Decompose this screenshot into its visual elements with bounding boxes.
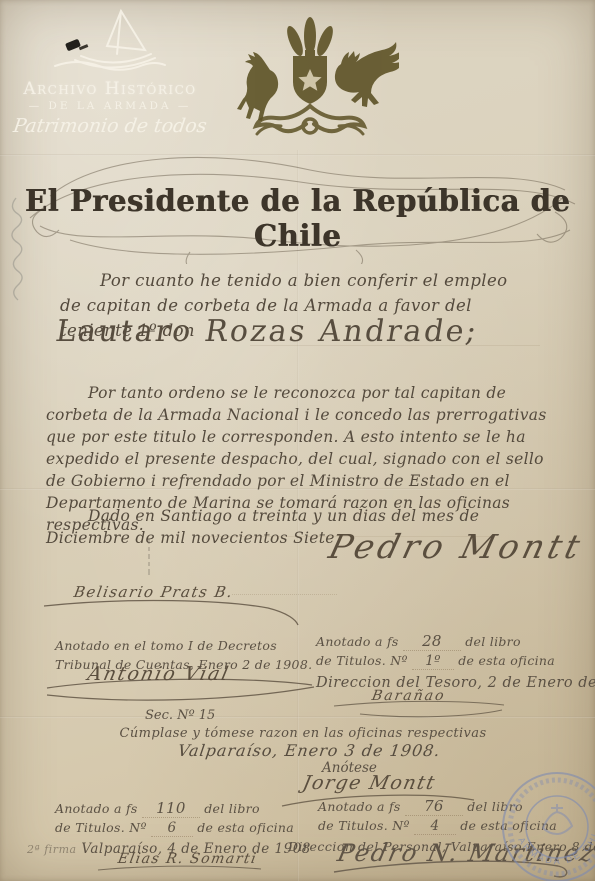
document-heading: El Presidente de la República de Chile bbox=[0, 156, 595, 264]
fs-tail: del libro bbox=[465, 634, 521, 649]
tesoro-line-2: de Titulos. Nº 1º de esta oficina bbox=[316, 651, 584, 670]
fs-tail: del libro bbox=[204, 801, 260, 816]
coat-of-arms-icon bbox=[221, 14, 399, 146]
fs-value: 110 bbox=[142, 800, 200, 818]
printer-mark bbox=[146, 537, 152, 579]
tesoro-office-line: Direccion del Tesoro, 2 de Enero de 1908… bbox=[316, 672, 584, 694]
titulos-value: 4 bbox=[414, 819, 456, 835]
fs-value: 76 bbox=[405, 798, 463, 816]
titulos-tail: de esta oficina bbox=[458, 653, 555, 668]
ruled-blank-line bbox=[250, 345, 540, 346]
fs-label: Anotado a fs bbox=[55, 801, 138, 816]
minister-signature-flourish bbox=[40, 598, 305, 628]
office-prefix: 2ª firma bbox=[27, 843, 77, 856]
margin-pencil-note bbox=[2, 192, 28, 304]
president-signature: Pedro Montt bbox=[325, 527, 588, 566]
titulos-value: 1º bbox=[412, 654, 454, 670]
titulos6-line-2: de Titulos. Nº 6 de esta oficina bbox=[55, 818, 315, 837]
archive-subname: — DE LA ARMADA — bbox=[4, 100, 216, 112]
cumplase-order: Cúmplase y tómese razon en las oficinas … bbox=[108, 726, 498, 741]
cumplase-place-date: Valparaíso, Enero 3 de 1908. bbox=[177, 741, 442, 760]
titulos-label: de Titulos. Nº bbox=[55, 820, 147, 835]
fs-label: Anotado a fs bbox=[316, 634, 399, 649]
fs-value: 28 bbox=[403, 633, 461, 651]
titulos-label: de Titulos. Nº bbox=[316, 653, 408, 668]
ruled-blank-line bbox=[232, 594, 337, 595]
tribunal-signature-flourish bbox=[44, 676, 319, 706]
grantee-name: Lautaro Rozas Andrade; bbox=[53, 314, 481, 349]
titulos-label: de Titulos. Nº bbox=[318, 818, 410, 833]
archive-name: Archivo Histórico bbox=[4, 79, 216, 99]
section-number: Sec. Nº 15 bbox=[145, 708, 215, 723]
tesoro-annotation: Anotado a fs 28 del libro de Titulos. Nº… bbox=[316, 632, 584, 694]
titulos6-signature-flourish bbox=[95, 862, 265, 878]
titulos-tail: de esta oficina bbox=[197, 820, 294, 835]
navy-seal-stamp-icon: ARMADA DE CHILE bbox=[498, 768, 595, 881]
archive-logo: Archivo Histórico — DE LA ARMADA — Patri… bbox=[4, 8, 216, 137]
titulos-value: 6 bbox=[151, 821, 193, 837]
tesoro-signature-flourish bbox=[330, 698, 510, 720]
titulos6-line-1: Anotado a fs 110 del libro bbox=[55, 799, 315, 818]
decree-title: El Presidente de la República de Chile bbox=[9, 184, 586, 254]
tribunal-line-1: Anotado en el tomo I de Decretos bbox=[55, 636, 315, 655]
tesoro-line-1: Anotado a fs 28 del libro bbox=[316, 632, 584, 651]
fs-label: Anotado a fs bbox=[318, 799, 401, 814]
scanned-decree-page: Archivo Histórico — DE LA ARMADA — Patri… bbox=[0, 0, 595, 881]
sailboat-icon bbox=[51, 8, 169, 74]
archive-tagline: Patrimonio de todos bbox=[2, 115, 217, 137]
